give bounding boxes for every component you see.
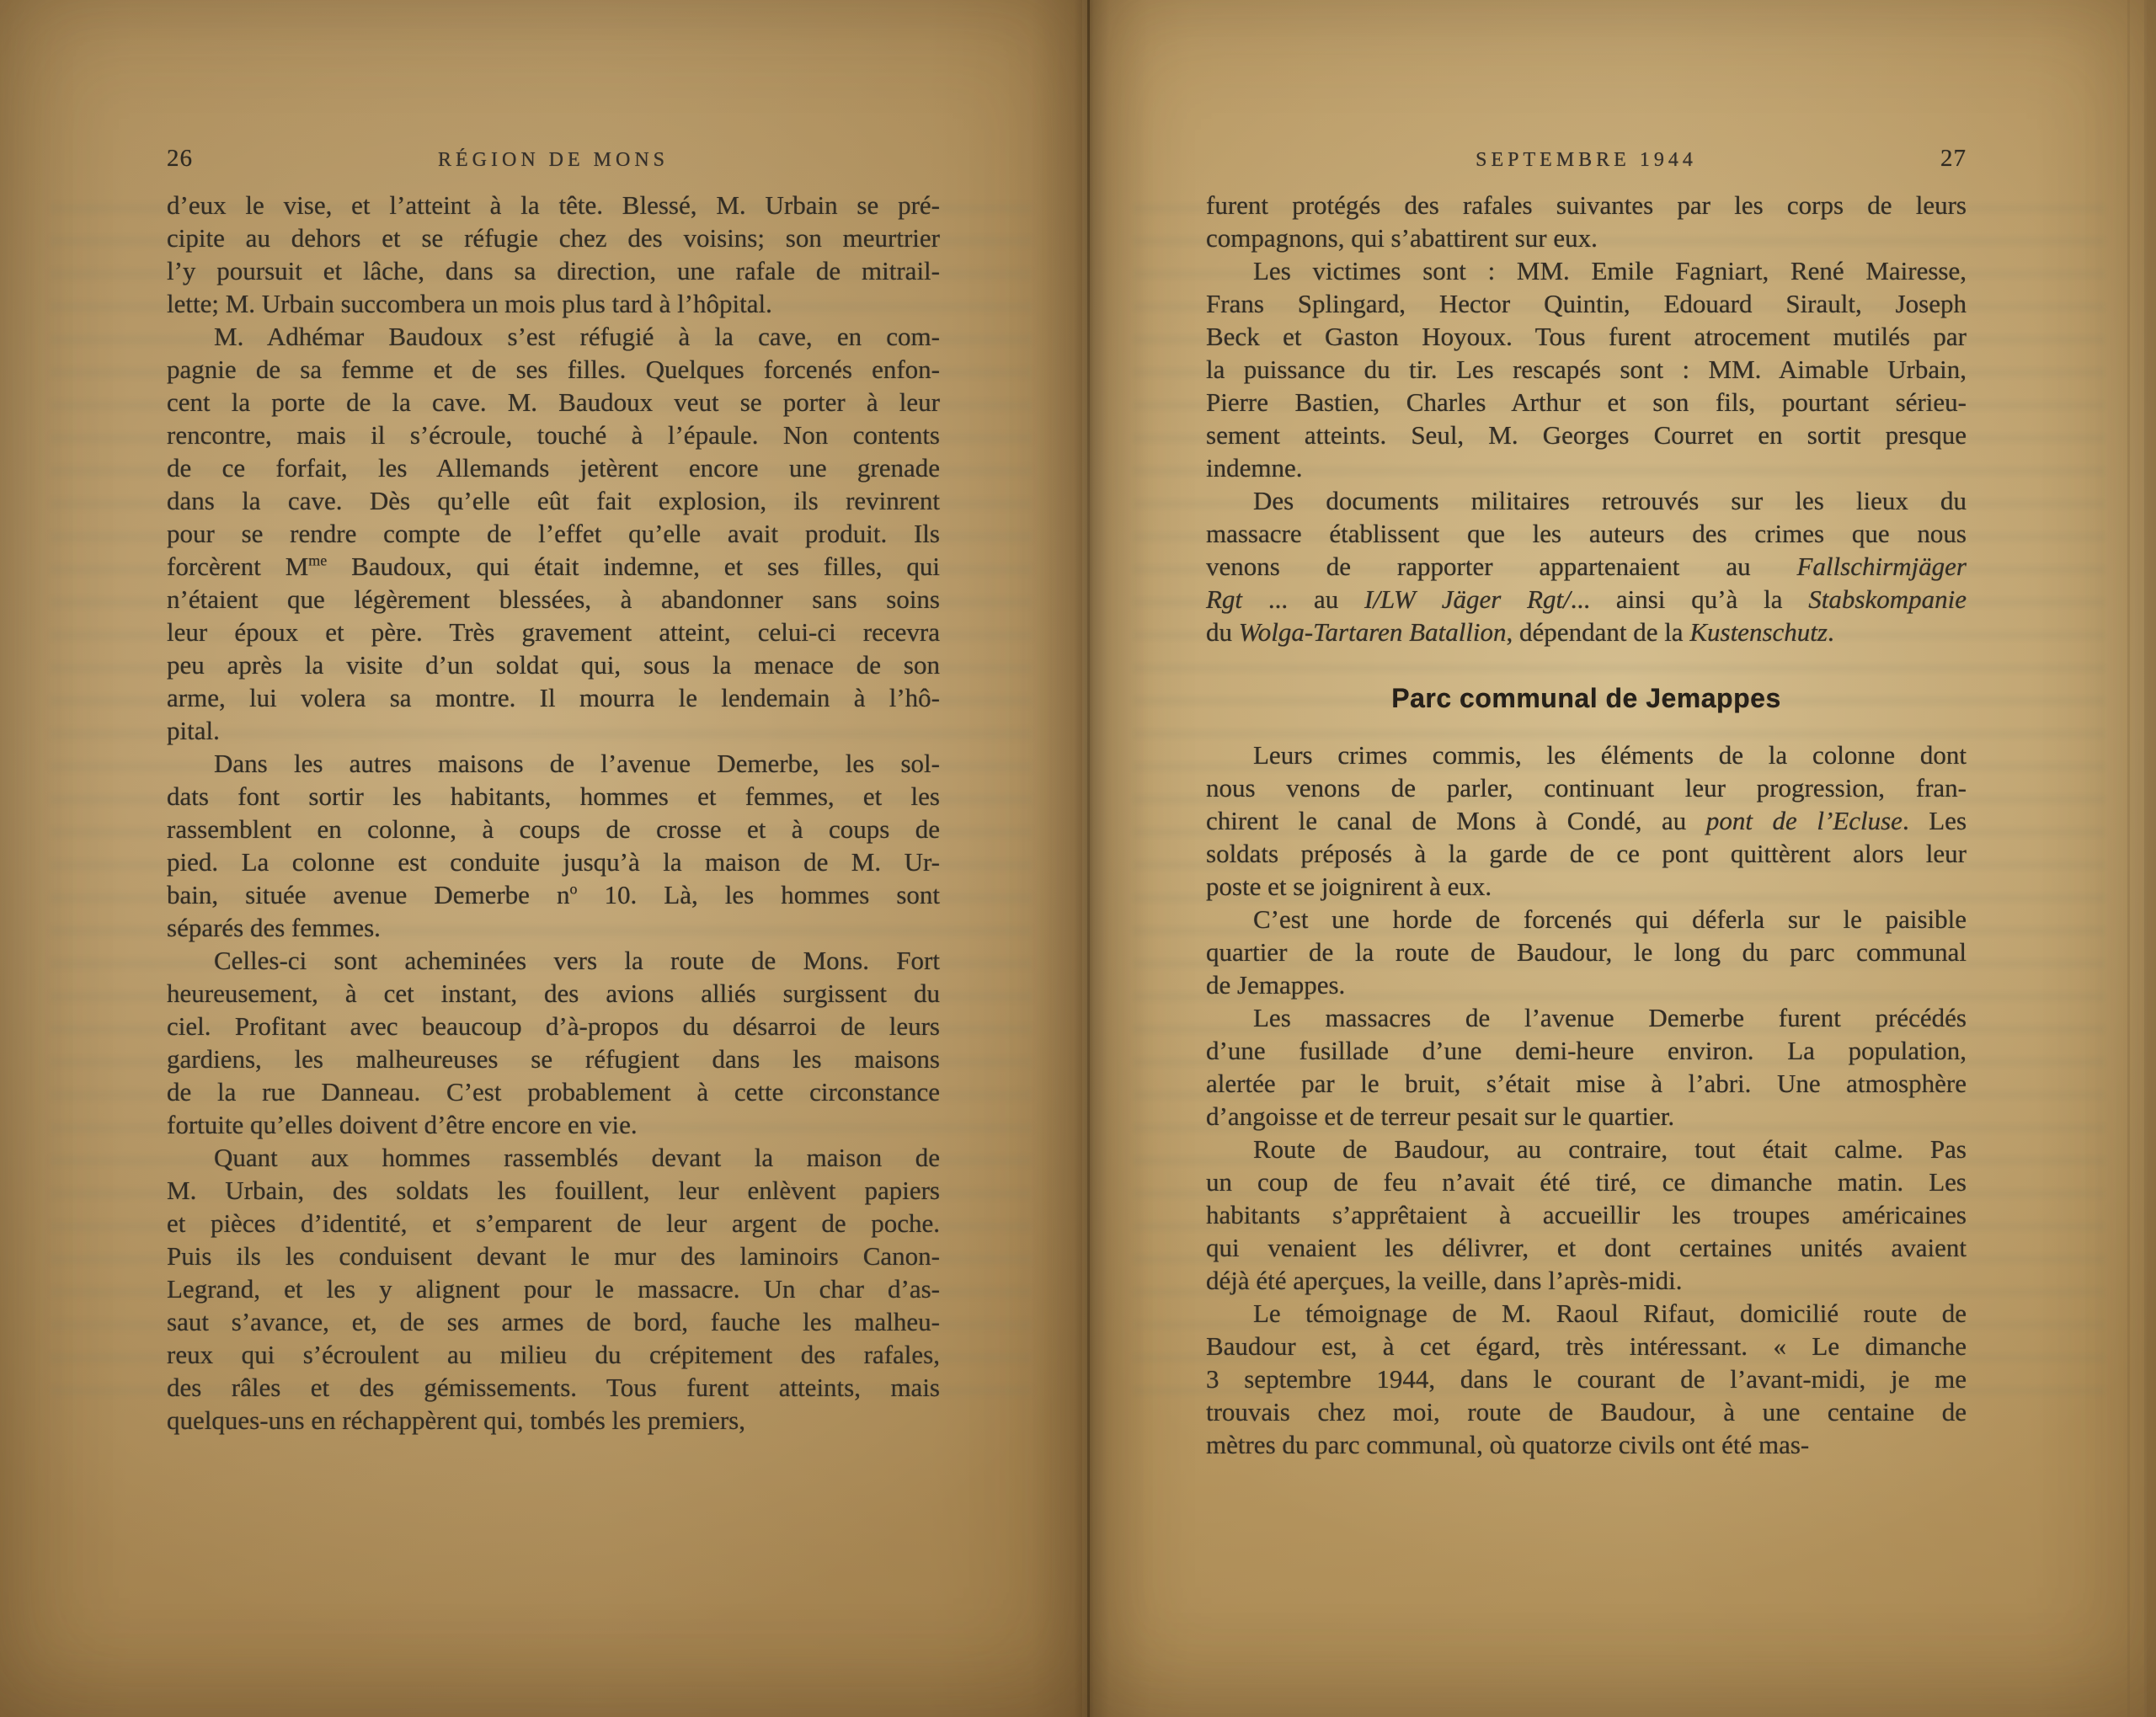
text-line: 3 septembre 1944, dans le courant de l’a… (1206, 1362, 1967, 1395)
text-line: reux qui s’écroulent au milieu du crépit… (167, 1338, 940, 1371)
paragraph: Leurs crimes commis, les éléments de la … (1206, 739, 1967, 903)
text-line: rassemblent en colonne, à coups de cross… (167, 813, 940, 845)
text-line: mètres du parc communal, où quatorze civ… (1206, 1428, 1967, 1461)
text-line: et pièces d’identité, et s’emparent de l… (167, 1207, 940, 1240)
page-number-left: 26 (167, 145, 243, 173)
text-line: de Jemappes. (1206, 968, 1967, 1001)
text-line: n’étaient que légèrement blessées, à aba… (167, 583, 940, 616)
text-line: leur époux et père. Très gravement attei… (167, 616, 940, 648)
text-line: venons de rapporter appartenaient au Fal… (1206, 550, 1967, 583)
text-line: qui venaient les délivrer, et dont certa… (1206, 1231, 1967, 1264)
left-page-text: d’eux le vise, et l’atteint à la tête. B… (167, 189, 940, 1437)
paragraph: Le témoignage de M. Raoul Rifaut, domici… (1206, 1297, 1967, 1461)
text-line: cipite au dehors et se réfugie chez des … (167, 221, 940, 254)
text-line: pied. La colonne est conduite jusqu’à la… (167, 845, 940, 878)
text-line: Le témoignage de M. Raoul Rifaut, domici… (1206, 1297, 1967, 1330)
text-line: fortuite qu’elles doivent d’être encore … (167, 1108, 940, 1141)
text-line: chirent le canal de Mons à Condé, au pon… (1206, 804, 1967, 837)
text-line: massacre établissent que les auteurs des… (1206, 517, 1967, 550)
paragraph: Des documents militaires retrouvés sur l… (1206, 484, 1967, 648)
text-line: peu après la visite d’un soldat qui, sou… (167, 648, 940, 681)
text-line: Les massacres de l’avenue Demerbe furent… (1206, 1001, 1967, 1034)
text-line: lette; M. Urbain succombera un mois plus… (167, 287, 940, 320)
paragraph: Les victimes sont : MM. Emile Fagniart, … (1206, 254, 1967, 484)
text-line: ciel. Profitant avec beaucoup d’à-propos… (167, 1010, 940, 1042)
text-line: Quant aux hommes rassemblés devant la ma… (167, 1141, 940, 1174)
text-line: gardiens, les malheureuses se réfugient … (167, 1042, 940, 1075)
text-line: Dans les autres maisons de l’avenue Deme… (167, 747, 940, 780)
text-line: Les victimes sont : MM. Emile Fagniart, … (1206, 254, 1967, 287)
text-line: forcèrent Mme Baudoux, qui était indemne… (167, 550, 940, 583)
text-line: Legrand, et les y alignent pour le massa… (167, 1272, 940, 1305)
text-line: bain, située avenue Demerbe no 10. Là, l… (167, 878, 940, 911)
text-line: heureusement, à cet instant, des avions … (167, 977, 940, 1010)
text-line: M. Urbain, des soldats les fouillent, le… (167, 1174, 940, 1207)
text-line: Frans Splingard, Hector Quintin, Edouard… (1206, 287, 1967, 320)
text-line: Baudour est, à cet égard, très intéressa… (1206, 1330, 1967, 1362)
paragraph: Dans les autres maisons de l’avenue Deme… (167, 747, 940, 944)
left-page: 26 RÉGION DE MONS d’eux le vise, et l’at… (0, 0, 1082, 1717)
text-line: la puissance du tir. Les rescapés sont :… (1206, 353, 1967, 386)
text-line: séparés des femmes. (167, 911, 940, 944)
page-number-right: 27 (1891, 145, 1967, 173)
text-line: Route de Baudour, au contraire, tout éta… (1206, 1133, 1967, 1165)
text-line: Celles-ci sont acheminées vers la route … (167, 944, 940, 977)
book-spread: 26 RÉGION DE MONS d’eux le vise, et l’at… (0, 0, 2156, 1717)
text-line: trouvais chez moi, route de Baudour, à u… (1206, 1395, 1967, 1428)
text-line: d’eux le vise, et l’atteint à la tête. B… (167, 189, 940, 221)
text-line: rencontre, mais il s’écroule, touché à l… (167, 419, 940, 451)
text-line: de ce forfait, les Allemands jetèrent en… (167, 451, 940, 484)
text-line: poste et se joignirent à eux. (1206, 870, 1967, 903)
paragraph: furent protégés des rafales suivantes pa… (1206, 189, 1967, 254)
text-line: dats font sortir les habitants, hommes e… (167, 780, 940, 813)
paragraph: M. Adhémar Baudoux s’est réfugié à la ca… (167, 320, 940, 747)
paragraph: Celles-ci sont acheminées vers la route … (167, 944, 940, 1141)
text-line: dans la cave. Dès qu’elle eût fait explo… (167, 484, 940, 517)
text-line: pagnie de sa femme et de ses filles. Que… (167, 353, 940, 386)
text-line: pour se rendre compte de l’effet qu’elle… (167, 517, 940, 550)
text-line: sement atteints. Seul, M. Georges Courre… (1206, 419, 1967, 451)
text-line: C’est une horde de forcenés qui déferla … (1206, 903, 1967, 936)
text-line: alertée par le bruit, s’était mise à l’a… (1206, 1067, 1967, 1100)
text-line: Des documents militaires retrouvés sur l… (1206, 484, 1967, 517)
text-line: saut s’avance, et, de ses armes de bord,… (167, 1305, 940, 1338)
text-line: Puis ils les conduisent devant le mur de… (167, 1240, 940, 1272)
text-line: soldats préposés à la garde de ce pont q… (1206, 837, 1967, 870)
running-title-left: RÉGION DE MONS (243, 149, 864, 172)
text-line: indemne. (1206, 451, 1967, 484)
text-line: compagnons, qui s’abattirent sur eux. (1206, 221, 1967, 254)
paragraph: Quant aux hommes rassemblés devant la ma… (167, 1141, 940, 1437)
text-line: cent la porte de la cave. M. Baudoux veu… (167, 386, 940, 419)
right-page: SEPTEMBRE 1944 27 furent protégés des ra… (1082, 0, 2156, 1717)
paragraph: Les massacres de l’avenue Demerbe furent… (1206, 1001, 1967, 1133)
text-line: nous venons de parler, continuant leur p… (1206, 771, 1967, 804)
paragraph: C’est une horde de forcenés qui déferla … (1206, 903, 1967, 1001)
text-line: habitants s’apprêtaient à accueillir les… (1206, 1198, 1967, 1231)
text-line: Beck et Gaston Hoyoux. Tous furent atroc… (1206, 320, 1967, 353)
text-line: un coup de feu n’avait été tiré, ce dima… (1206, 1165, 1967, 1198)
running-head-right: SEPTEMBRE 1944 27 (1206, 145, 1967, 175)
running-head-left: 26 RÉGION DE MONS (167, 145, 940, 175)
text-line: Rgt ... au I/LW Jäger Rgt/... ainsi qu’à… (1206, 583, 1967, 616)
text-line: l’y poursuit et lâche, dans sa direction… (167, 254, 940, 287)
paragraph: Route de Baudour, au contraire, tout éta… (1206, 1133, 1967, 1297)
text-line: M. Adhémar Baudoux s’est réfugié à la ca… (167, 320, 940, 353)
text-line: d’une fusillade d’une demi-heure environ… (1206, 1034, 1967, 1067)
text-line: arme, lui volera sa montre. Il mourra le… (167, 681, 940, 714)
text-line: furent protégés des rafales suivantes pa… (1206, 189, 1967, 221)
text-line: quartier de la route de Baudour, le long… (1206, 936, 1967, 968)
text-line: de la rue Danneau. C’est probablement à … (167, 1075, 940, 1108)
text-line: quelques-uns en réchappèrent qui, tombés… (167, 1404, 940, 1437)
text-line: pital. (167, 714, 940, 747)
running-title-right: SEPTEMBRE 1944 (1282, 149, 1891, 172)
paragraph: d’eux le vise, et l’atteint à la tête. B… (167, 189, 940, 320)
right-page-content: SEPTEMBRE 1944 27 furent protégés des ra… (1206, 145, 1967, 1461)
text-line: Leurs crimes commis, les éléments de la … (1206, 739, 1967, 771)
text-line: du Wolga-Tartaren Batallion, dépendant d… (1206, 616, 1967, 648)
text-line: Pierre Bastien, Charles Arthur et son fi… (1206, 386, 1967, 419)
text-line: déjà été aperçues, la veille, dans l’apr… (1206, 1264, 1967, 1297)
text-line: des râles et des gémissements. Tous fure… (167, 1371, 940, 1404)
section-heading: Parc communal de Jemappes (1206, 682, 1967, 715)
left-page-content: 26 RÉGION DE MONS d’eux le vise, et l’at… (167, 145, 940, 1437)
page-edge-stack (2112, 0, 2156, 1717)
right-page-text: furent protégés des rafales suivantes pa… (1206, 189, 1967, 1461)
text-line: d’angoisse et de terreur pesait sur le q… (1206, 1100, 1967, 1133)
